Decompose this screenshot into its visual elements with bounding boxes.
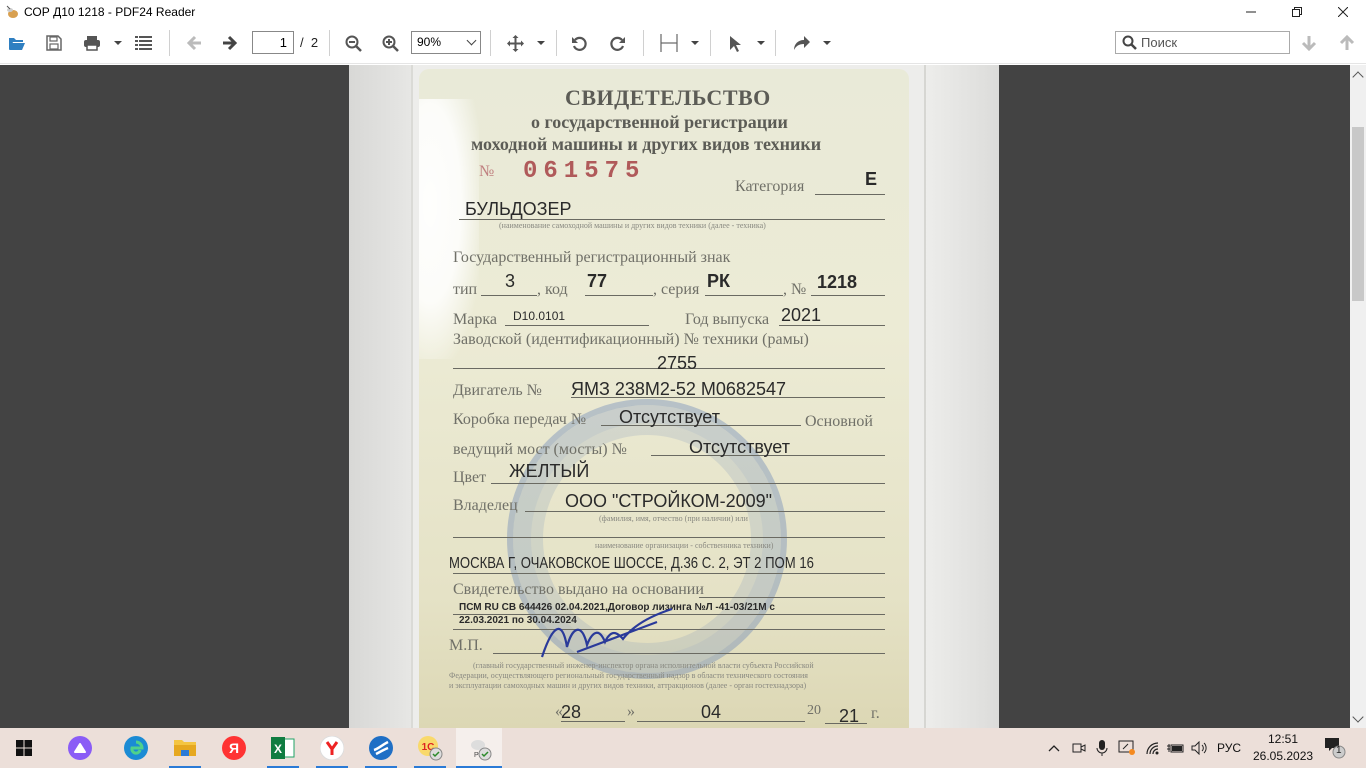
tray-volume[interactable]	[1190, 728, 1210, 768]
vehicle-name: БУЛЬДОЗЕР	[465, 199, 572, 220]
edge-icon	[124, 736, 148, 760]
taskbar-1c[interactable]: 1С	[410, 728, 450, 768]
category-underline	[815, 194, 885, 195]
minimize-icon	[1246, 7, 1256, 17]
basis-label: Свидетельство выдано на основании	[453, 581, 704, 599]
prev-page-button[interactable]	[186, 32, 202, 54]
document-viewer[interactable]: СВИДЕТЕЛЬСТВО о государственной регистра…	[0, 65, 1350, 728]
outline-button[interactable]	[135, 32, 152, 54]
taskbar-remote-app[interactable]	[361, 728, 401, 768]
arrow-down-icon	[1301, 35, 1317, 51]
taskbar-alice[interactable]	[60, 728, 100, 768]
footer-line-3: и эксплуатации самоходных машин и других…	[449, 681, 806, 690]
taskbar-excel[interactable]: X	[263, 728, 303, 768]
category-label: Категория	[735, 178, 804, 196]
type-value: 3	[505, 271, 515, 292]
rotate-right-button[interactable]	[609, 32, 626, 54]
1c-icon: 1С	[417, 735, 443, 761]
search-icon	[1122, 35, 1137, 50]
save-button[interactable]	[46, 32, 62, 54]
doc-subtitle-1: о государственной регистрации	[531, 112, 788, 133]
toolbar-separator	[329, 30, 330, 56]
notification-center-button[interactable]: 1	[1322, 728, 1348, 768]
rotate-left-icon	[571, 35, 588, 52]
clock-time: 12:51	[1253, 731, 1313, 748]
toolbar-separator	[490, 30, 491, 56]
restore-button[interactable]	[1274, 0, 1320, 24]
alice-icon	[68, 736, 92, 760]
footer-line-1: (главный государственный инженер-инспект…	[473, 661, 814, 670]
color-underline	[491, 483, 885, 484]
windows-logo-icon	[16, 740, 32, 756]
toolbar-separator	[775, 30, 776, 56]
zoom-out-icon	[345, 35, 362, 52]
minimize-button[interactable]	[1228, 0, 1274, 24]
rotate-left-button[interactable]	[571, 32, 588, 54]
remote-icon	[369, 736, 393, 760]
toolbar-separator	[169, 30, 170, 56]
type-underline	[481, 295, 537, 296]
volume-icon	[1191, 741, 1209, 755]
serial-prefix: №	[479, 163, 494, 181]
search-input[interactable]: Поиск	[1115, 31, 1290, 54]
page-number-input[interactable]: 1	[252, 31, 294, 54]
number-label: , №	[783, 281, 806, 299]
vertical-scrollbar[interactable]	[1350, 65, 1366, 728]
clock-date: 26.05.2023	[1253, 748, 1313, 765]
chevron-up-icon	[1048, 744, 1060, 752]
outline-list-icon	[135, 36, 152, 50]
engine-label: Двигатель №	[453, 382, 542, 400]
engine-value: ЯМЗ 238М2-52 М0682547	[571, 379, 786, 400]
type-label: тип	[453, 281, 477, 299]
zoom-in-button[interactable]	[382, 32, 399, 54]
year-underline	[825, 723, 867, 724]
taskbar-pdf24[interactable]: PDF	[456, 728, 502, 768]
search-placeholder: Поиск	[1141, 35, 1177, 50]
open-button[interactable]	[8, 32, 26, 54]
category-value: E	[865, 169, 877, 190]
page-count: 2	[311, 35, 318, 50]
series-value: РК	[707, 271, 730, 292]
notification-icon	[1324, 737, 1346, 759]
close-button[interactable]	[1320, 0, 1366, 24]
arrow-right-icon	[222, 35, 238, 51]
year-label: Год выпуска	[685, 311, 769, 329]
code-underline	[585, 295, 653, 296]
scrollbar-thumb[interactable]	[1352, 127, 1364, 301]
mp-label: М.П.	[449, 637, 483, 655]
frame-label: Заводской (идентификационный) № техники …	[453, 331, 809, 349]
taskbar-yandex[interactable]: Я	[214, 728, 254, 768]
taskbar: Я X 1С PDF РУС 12:51 26.05.20	[0, 728, 1366, 768]
tray-camera[interactable]	[1071, 728, 1087, 768]
footer-line-2: Федерации, осуществляющего региональный …	[449, 671, 808, 680]
taskbar-edge[interactable]	[116, 728, 156, 768]
zoom-level-value: 90%	[417, 35, 441, 49]
year-value: 2021	[781, 305, 821, 326]
microphone-icon	[1096, 740, 1108, 756]
select-pointer-icon	[728, 35, 742, 52]
registration-certificate: СВИДЕТЕЛЬСТВО о государственной регистра…	[419, 69, 909, 728]
date-day: 28	[561, 702, 581, 723]
reg-sign-label: Государственный регистрационный знак	[453, 249, 730, 267]
arrow-left-icon	[186, 35, 202, 51]
close-icon	[1338, 7, 1348, 17]
print-button[interactable]	[83, 32, 101, 54]
tray-microphone[interactable]	[1094, 728, 1110, 768]
yandex-browser-icon	[320, 736, 344, 760]
search-next-button[interactable]	[1301, 32, 1317, 54]
brand-underline	[505, 325, 649, 326]
owner-value: ООО "СТРОЙКОМ-2009"	[565, 491, 772, 512]
date-month: 04	[701, 702, 721, 723]
svg-text:Я: Я	[229, 740, 239, 756]
tray-battery[interactable]	[1166, 728, 1186, 768]
date-century: 20	[807, 703, 821, 719]
wifi-icon	[1145, 741, 1161, 755]
toolbar-separator	[556, 30, 557, 56]
color-label: Цвет	[453, 469, 486, 487]
axle-value: Отсутствует	[689, 437, 790, 458]
frame-value: 2755	[657, 353, 697, 374]
basis-underline	[699, 597, 885, 598]
zoom-level-select[interactable]: 90%	[411, 31, 481, 54]
title-bar: СОР Д10 1218 - PDF24 Reader	[0, 0, 1366, 24]
code-label: , код	[537, 281, 568, 299]
brand-value: D10.0101	[513, 309, 565, 323]
day-underline	[561, 721, 625, 722]
doc-subtitle-2: моходной машины и других видов техники	[471, 134, 821, 155]
axle-label-2: ведущий мост (мосты) №	[453, 441, 627, 459]
camera-icon	[1072, 741, 1086, 755]
series-underline	[705, 295, 783, 296]
vehicle-underline	[459, 219, 885, 220]
restore-icon	[1292, 7, 1302, 17]
battery-icon	[1167, 742, 1185, 754]
chevron-down-icon	[467, 36, 477, 46]
pdf24-icon: PDF	[466, 735, 492, 761]
tray-clock[interactable]: 12:51 26.05.2023	[1253, 731, 1313, 765]
date-suffix: г.	[871, 705, 880, 723]
select-tool-button[interactable]	[728, 32, 742, 54]
fit-dropdown-caret[interactable]	[691, 41, 699, 45]
notification-count: 1	[1336, 745, 1342, 756]
vehicle-caption: (наименование самоходной машины и других…	[499, 221, 766, 230]
toolbar-separator	[643, 30, 644, 56]
date-close-quote: »	[627, 703, 635, 721]
share-forward-icon	[793, 35, 811, 51]
tray-wifi[interactable]	[1144, 728, 1162, 768]
search-prev-button[interactable]	[1339, 32, 1355, 54]
print-dropdown-caret[interactable]	[114, 41, 122, 45]
series-label: , серия	[653, 281, 699, 299]
page-total: / 2	[300, 35, 318, 50]
zoom-out-button[interactable]	[345, 32, 362, 54]
page-separator: /	[300, 35, 304, 50]
axle-label-1: Основной	[805, 413, 873, 431]
owner-caption-1: (фамилия, имя, отчество (при наличии) ил…	[599, 514, 748, 523]
scroll-down-arrow-icon[interactable]	[1352, 711, 1363, 722]
save-icon	[46, 35, 62, 51]
arrow-up-icon	[1339, 35, 1355, 51]
color-value: ЖЕЛТЫЙ	[509, 461, 589, 482]
owner-label: Владелец	[453, 497, 518, 515]
share-button[interactable]	[793, 32, 811, 54]
tray-remote-desktop[interactable]	[1117, 728, 1137, 768]
pdf-page: СВИДЕТЕЛЬСТВО о государственной регистра…	[349, 65, 999, 728]
fit-page-button[interactable]	[660, 32, 678, 54]
toolbar-separator	[710, 30, 711, 56]
pan-move-icon	[507, 35, 524, 52]
yandex-icon: Я	[222, 736, 246, 760]
gearbox-value: Отсутствует	[619, 407, 720, 428]
fit-height-icon	[660, 34, 678, 52]
brand-label: Марка	[453, 311, 497, 329]
gearbox-label: Коробка передач №	[453, 411, 586, 429]
serial-number: 061575	[523, 158, 645, 185]
excel-icon: X	[271, 737, 295, 759]
pan-dropdown-caret[interactable]	[537, 41, 545, 45]
folder-open-icon	[8, 35, 26, 51]
tray-overflow-button[interactable]	[1046, 728, 1062, 768]
pdf24-bee-icon	[4, 4, 20, 20]
code-value: 77	[587, 271, 607, 292]
zoom-in-icon	[382, 35, 399, 52]
owner-address: МОСКВА Г, ОЧАКОВСКОЕ ШОССЕ, Д.36 С. 2, Э…	[449, 555, 814, 573]
rotate-right-icon	[609, 35, 626, 52]
next-page-button[interactable]	[222, 32, 238, 54]
taskbar-file-explorer[interactable]	[165, 728, 205, 768]
window-title: СОР Д10 1218 - PDF24 Reader	[24, 5, 195, 19]
address-underline	[453, 573, 885, 574]
tray-language[interactable]: РУС	[1214, 728, 1244, 768]
signature	[537, 607, 677, 667]
select-dropdown-caret[interactable]	[757, 41, 765, 45]
owner-caption-2: наименование организации - собственника …	[595, 541, 773, 550]
start-button[interactable]	[4, 728, 44, 768]
number-underline	[811, 295, 885, 296]
share-dropdown-caret[interactable]	[823, 41, 831, 45]
doc-title: СВИДЕТЕЛЬСТВО	[565, 85, 771, 111]
number-value: 1218	[817, 272, 857, 293]
folder-icon	[173, 738, 197, 758]
print-icon	[83, 35, 101, 51]
remote-desktop-icon	[1118, 740, 1136, 756]
pan-tool-button[interactable]	[507, 32, 524, 54]
svg-text:X: X	[274, 742, 282, 756]
scroll-up-arrow-icon[interactable]	[1352, 71, 1363, 82]
taskbar-yandex-browser[interactable]	[312, 728, 352, 768]
owner-underline-2	[453, 537, 885, 538]
